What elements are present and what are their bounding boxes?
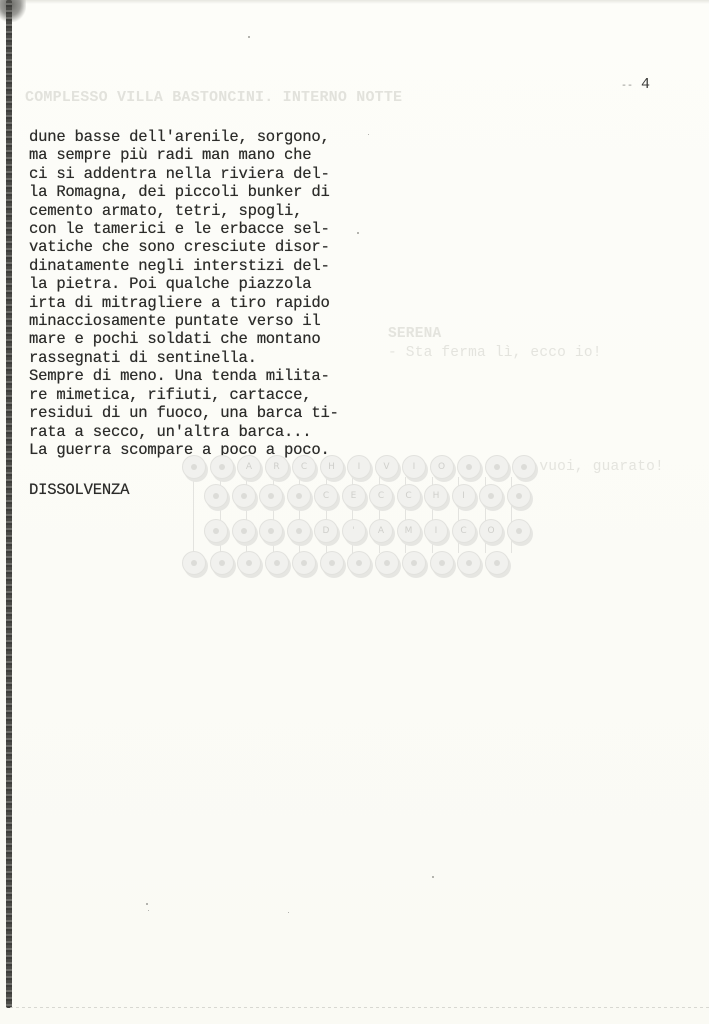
text-line: ma sempre più radi man mano che: [29, 146, 369, 164]
watermark-letter: C: [292, 455, 316, 479]
bleed-through-heading: COMPLESSO VILLA BASTONCINI. INTERNO NOTT…: [25, 88, 402, 107]
watermark-letter: H: [424, 484, 448, 508]
watermark-letter: V: [375, 455, 399, 479]
watermark-letter: [210, 551, 234, 575]
watermark-letter: I: [424, 519, 448, 543]
watermark-letter: [457, 455, 481, 479]
text-line: rata a secco, un'altra barca...: [29, 423, 369, 441]
page-number-prefix: --: [621, 81, 633, 92]
watermark-letter: [485, 551, 509, 575]
watermark-letter: [287, 519, 311, 543]
bleed-through-line: [388, 401, 664, 420]
text-line: Sempre di meno. Una tenda milita-: [29, 367, 369, 385]
watermark-letter: D: [314, 519, 338, 543]
watermark-letter: I: [347, 455, 371, 479]
text-line: ci si addentra nella riviera del-: [29, 165, 369, 183]
text-line: residui di un fuoco, una barca ti-: [29, 404, 369, 422]
watermark-row: D'AMICO: [204, 519, 531, 543]
watermark-letter: M: [397, 519, 421, 543]
watermark-letter: A: [237, 455, 261, 479]
watermark-letter: A: [369, 519, 393, 543]
bleed-through-line: [388, 363, 664, 382]
page-top-edge: [0, 0, 709, 4]
watermark-row: [182, 551, 509, 575]
text-line: vatiche che sono cresciute disor-: [29, 238, 369, 256]
watermark-letter: R: [265, 455, 289, 479]
watermark-letter: C: [452, 519, 476, 543]
watermark-letter: [402, 551, 426, 575]
watermark-letter: [287, 484, 311, 508]
watermark-letter: [320, 551, 344, 575]
watermark-row: CECCHI: [204, 484, 531, 508]
watermark-letter: O: [430, 455, 454, 479]
watermark-letter: [265, 551, 289, 575]
watermark-letter: [204, 484, 228, 508]
text-line: con le tamerici e le erbacce sel-: [29, 220, 369, 238]
text-line: la pietra. Poi qualche piazzola: [29, 275, 369, 293]
watermark-letter: [259, 484, 283, 508]
watermark-letter: I: [452, 484, 476, 508]
archive-watermark: ARCHIVIOCECCHID'AMICO: [182, 455, 532, 580]
text-line: dune basse dell'arenile, sorgono,: [29, 128, 369, 146]
watermark-stem: [193, 477, 194, 553]
watermark-letter: ': [342, 519, 366, 543]
watermark-letter: [237, 551, 261, 575]
watermark-letter: [259, 519, 283, 543]
watermark-letter: [292, 551, 316, 575]
text-line: rassegnati di sentinella.: [29, 349, 369, 367]
watermark-letter: [232, 484, 256, 508]
watermark-letter: [507, 484, 531, 508]
binding-edge: [6, 0, 12, 1008]
bleed-through-line: SERENA: [388, 325, 664, 344]
watermark-letter: [479, 484, 503, 508]
watermark-letter: [232, 519, 256, 543]
page-number: --4: [621, 76, 650, 93]
text-line: re mimetica, rifiuti, cartacce,: [29, 386, 369, 404]
text-line: cemento armato, tetri, spogli,: [29, 202, 369, 220]
watermark-letter: [210, 455, 234, 479]
watermark-letter: E: [342, 484, 366, 508]
watermark-letter: H: [320, 455, 344, 479]
text-line: dinatamente negli interstizi del-: [29, 257, 369, 275]
watermark-letter: C: [314, 484, 338, 508]
document-page: COMPLESSO VILLA BASTONCINI. INTERNO NOTT…: [0, 0, 709, 1024]
watermark-letter: C: [369, 484, 393, 508]
watermark-letter: [512, 455, 536, 479]
watermark-letter: C: [397, 484, 421, 508]
text-line: irta di mitragliere a tiro rapido: [29, 294, 369, 312]
watermark-letter: [375, 551, 399, 575]
watermark-letter: [347, 551, 371, 575]
bleed-through-line: [388, 382, 664, 401]
transition-direction: DISSOLVENZA: [29, 481, 129, 499]
watermark-letter: O: [479, 519, 503, 543]
watermark-letter: [430, 551, 454, 575]
watermark-letter: [204, 519, 228, 543]
page-bottom-edge: [10, 1007, 709, 1008]
watermark-letter: [485, 455, 509, 479]
watermark-letter: [507, 519, 531, 543]
watermark-letter: [182, 455, 206, 479]
bleed-through-line: - Sta ferma lì, ecco io!: [388, 344, 664, 363]
bleed-through-line: [388, 420, 664, 439]
binding-shadow: [0, 0, 26, 22]
watermark-row: ARCHIVIO: [182, 455, 536, 479]
page-number-value: 4: [641, 76, 650, 93]
scene-description: dune basse dell'arenile, sorgono,ma semp…: [29, 128, 369, 459]
watermark-letter: [182, 551, 206, 575]
watermark-letter: I: [402, 455, 426, 479]
text-line: mare e pochi soldati che montano: [29, 330, 369, 348]
watermark-letter: [457, 551, 481, 575]
text-line: minacciosamente puntate verso il: [29, 312, 369, 330]
text-line: la Romagna, dei piccoli bunker di: [29, 183, 369, 201]
